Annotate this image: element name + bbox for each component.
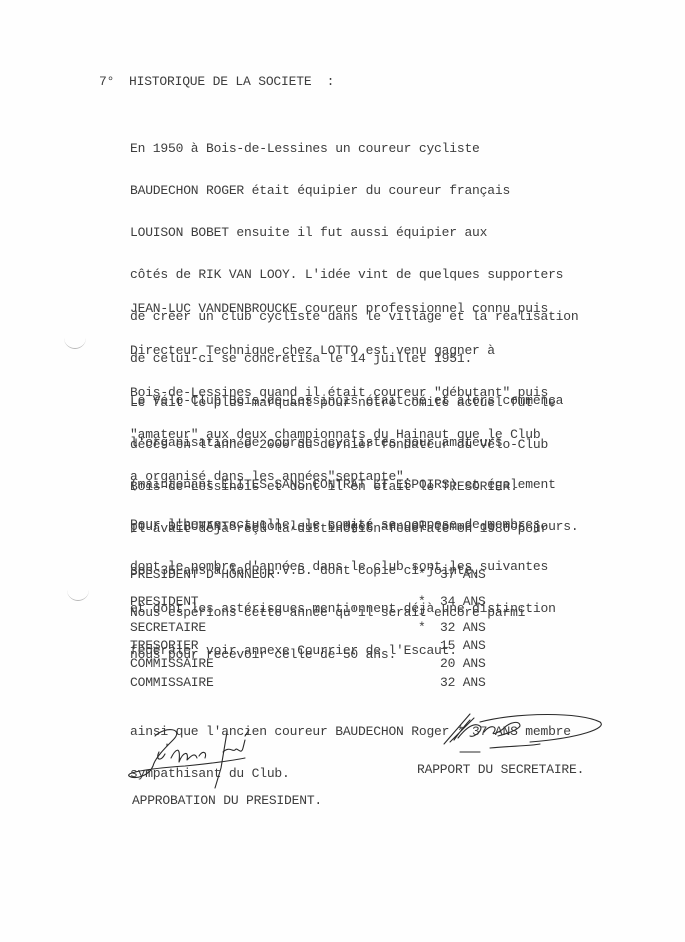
member-role: PRESIDENT	[130, 595, 198, 609]
member-years: 32 ANS	[440, 621, 486, 635]
text-line: Pour l'heure actuelle, le comité se comp…	[130, 518, 556, 532]
text-line: décès en l'année 2000 du dernier fondate…	[130, 438, 556, 452]
member-role: TRESORIER	[130, 639, 198, 653]
member-years: 32 ANS	[440, 676, 486, 690]
secretary-report-label: RAPPORT DU SECRETAIRE.	[417, 763, 584, 777]
distinction-asterisk: *	[418, 621, 426, 635]
text-line: En 1950 à Bois-de-Lessines un coureur cy…	[130, 142, 578, 156]
text-line: Le fait le plus marquant pour notre comi…	[130, 396, 556, 410]
member-row: PRESIDENT * 34 ANS	[130, 595, 510, 609]
member-role: PRESIDENT D'HONNEUR	[130, 568, 274, 582]
document-page: 7° HISTORIQUE DE LA SOCIETE : En 1950 à …	[0, 0, 685, 942]
text-line: LOUISON BOBET ensuite il fut aussi équip…	[130, 226, 578, 240]
member-row: TRESORIER 15 ANS	[130, 639, 510, 653]
punch-hole-mark	[67, 586, 89, 601]
member-role: SECRETAIRE	[130, 621, 206, 635]
president-approval-label: APPROBATION DU PRESIDENT.	[132, 794, 322, 808]
distinction-asterisk: *	[418, 595, 426, 609]
text-line: BAUDECHON ROGER était équipier du coureu…	[130, 184, 578, 198]
section-number: 7°	[99, 75, 114, 89]
member-row: COMMISSAIRE 20 ANS	[130, 657, 510, 671]
member-row: SECRETAIRE * 32 ANS	[130, 621, 510, 635]
secretary-signature	[440, 708, 610, 758]
punch-hole-mark	[64, 334, 86, 349]
section-title: HISTORIQUE DE LA SOCIETE :	[129, 75, 334, 89]
president-signature	[125, 722, 265, 792]
member-years: 15 ANS	[440, 639, 486, 653]
member-years: 37 ANS	[440, 568, 486, 582]
member-years: 34 ANS	[440, 595, 486, 609]
member-row: COMMISSAIRE 32 ANS	[130, 676, 510, 690]
text-line: JEAN-LUC VANDENBROUCKE coureur professio…	[130, 302, 548, 316]
member-row: PRESIDENT D'HONNEUR * 37 ANS	[130, 568, 510, 582]
distinction-asterisk: *	[418, 568, 426, 582]
member-years: 20 ANS	[440, 657, 486, 671]
text-line: Directeur Technique chez LOTTO est venu …	[130, 344, 548, 358]
member-role: COMMISSAIRE	[130, 657, 214, 671]
member-role: COMMISSAIRE	[130, 676, 214, 690]
